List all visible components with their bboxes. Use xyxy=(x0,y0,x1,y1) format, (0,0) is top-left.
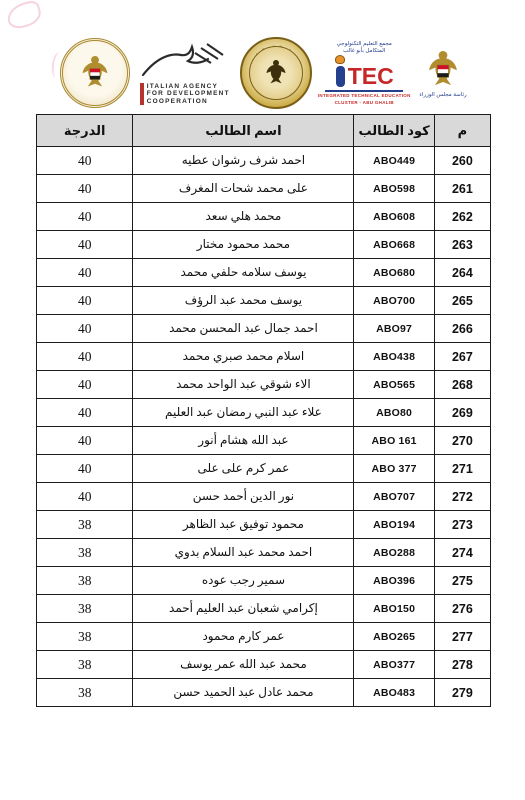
row-number-cell: 276 xyxy=(434,595,490,623)
student-name-cell: محمد محمود مختار xyxy=(133,231,354,259)
table-header-row: م كود الطالب اسم الطالب الدرجة xyxy=(37,115,491,147)
table-row: 271 ABO 377 عمر كرم على على 40 xyxy=(37,455,491,483)
row-number-cell: 272 xyxy=(434,483,490,511)
grade-cell: 40 xyxy=(37,287,133,315)
table-row: 276 ABO150 إكرامي شعبان عبد العليم أحمد … xyxy=(37,595,491,623)
student-code-cell: ABO396 xyxy=(354,567,434,595)
student-name-cell: عمر كارم محمود xyxy=(133,623,354,651)
row-number-cell: 274 xyxy=(434,539,490,567)
table-row: 269 ABO80 علاء عبد النبي رمضان عبد العلي… xyxy=(37,399,491,427)
grade-cell: 40 xyxy=(37,147,133,175)
column-header-number: م xyxy=(434,115,490,147)
table-row: 264 ABO680 يوسف سلامه حلفي محمد 40 xyxy=(37,259,491,287)
seal-inner-ring xyxy=(249,46,303,100)
student-code-cell: ABO449 xyxy=(354,147,434,175)
grade-cell: 40 xyxy=(37,315,133,343)
grade-cell: 40 xyxy=(37,343,133,371)
student-code-cell: ABO194 xyxy=(354,511,434,539)
student-name-cell: احمد محمد عبد السلام بدوي xyxy=(133,539,354,567)
student-name-cell: سمير رجب عوده xyxy=(133,567,354,595)
table-row: 272 ABO707 نور الدين أحمد حسن 40 xyxy=(37,483,491,511)
egypt-eagle-icon xyxy=(424,49,462,91)
italian-agency-logo: ITALIAN AGENCY FOR DEVELOPMENT COOPERATI… xyxy=(137,41,233,106)
grade-cell: 38 xyxy=(37,679,133,707)
egypt-eagle-icon xyxy=(78,54,112,92)
row-number-cell: 269 xyxy=(434,399,490,427)
student-code-cell: ABO598 xyxy=(354,175,434,203)
grade-cell: 38 xyxy=(37,539,133,567)
student-code-cell: ABO97 xyxy=(354,315,434,343)
column-header-grade: الدرجة xyxy=(37,115,133,147)
grade-cell: 40 xyxy=(37,231,133,259)
table-row: 275 ABO396 سمير رجب عوده 38 xyxy=(37,567,491,595)
table-row: 266 ABO97 احمد جمال عبد المحسن محمد 40 xyxy=(37,315,491,343)
itec-acronym: TEC xyxy=(348,63,394,89)
student-table-body: 260 ABO449 احمد شرف رشوان عطيه 40 261 AB… xyxy=(37,147,491,707)
row-number-cell: 271 xyxy=(434,455,490,483)
student-name-cell: نور الدين أحمد حسن xyxy=(133,483,354,511)
student-name-cell: محمود توفيق عبد الظاهر xyxy=(133,511,354,539)
student-code-cell: ABO565 xyxy=(354,371,434,399)
header-logo-strip: ITALIAN AGENCY FOR DEVELOPMENT COOPERATI… xyxy=(0,38,525,108)
itec-subtitle-line2: CLUSTER - ABU GHALIB xyxy=(335,100,394,106)
grade-cell: 38 xyxy=(37,651,133,679)
student-code-cell: ABO707 xyxy=(354,483,434,511)
itec-subtitle-line1: INTEGRATED TECHNICAL EDUCATION xyxy=(318,93,411,99)
student-name-cell: عمر كرم على على xyxy=(133,455,354,483)
student-code-cell: ABO608 xyxy=(354,203,434,231)
table-row: 279 ABO483 محمد عادل عبد الحميد حسن 38 xyxy=(37,679,491,707)
table-row: 268 ABO565 الاء شوقي عبد الواحد محمد 40 xyxy=(37,371,491,399)
student-code-cell: ABO438 xyxy=(354,343,434,371)
student-code-cell: ABO483 xyxy=(354,679,434,707)
grade-cell: 40 xyxy=(37,427,133,455)
student-name-cell: احمد شرف رشوان عطيه xyxy=(133,147,354,175)
student-code-cell: ABO668 xyxy=(354,231,434,259)
student-name-cell: الاء شوقي عبد الواحد محمد xyxy=(133,371,354,399)
itec-logo: مجمع التعليم التكنولوجي المتكامل بأبو غا… xyxy=(318,41,410,105)
student-name-cell: على محمد شحات المغرف xyxy=(133,175,354,203)
itec-arabic-line2: المتكامل بأبو غالب xyxy=(343,48,385,55)
row-number-cell: 279 xyxy=(434,679,490,707)
student-name-cell: محمد عبد الله عمر يوسف xyxy=(133,651,354,679)
student-code-cell: ABO680 xyxy=(354,259,434,287)
row-number-cell: 268 xyxy=(434,371,490,399)
grade-cell: 38 xyxy=(37,567,133,595)
egypt-fund-seal-logo xyxy=(60,38,130,108)
ministry-cooperation-seal-logo: وزارة التعاون الدولى xyxy=(240,37,312,109)
grade-cell: 38 xyxy=(37,623,133,651)
italian-agency-line3: COOPERATION xyxy=(147,98,230,106)
itec-divider xyxy=(325,90,403,92)
student-name-cell: احمد جمال عبد المحسن محمد xyxy=(133,315,354,343)
egypt-eagle-icon xyxy=(263,58,289,88)
column-header-student-code: كود الطالب xyxy=(354,115,434,147)
table-row: 260 ABO449 احمد شرف رشوان عطيه 40 xyxy=(37,147,491,175)
grade-cell: 40 xyxy=(37,399,133,427)
student-name-cell: علاء عبد النبي رمضان عبد العليم xyxy=(133,399,354,427)
row-number-cell: 265 xyxy=(434,287,490,315)
grade-cell: 40 xyxy=(37,203,133,231)
row-number-cell: 261 xyxy=(434,175,490,203)
egypt-presidency-logo: رئاسة مجلس الوزراء xyxy=(417,49,469,98)
grade-cell: 40 xyxy=(37,483,133,511)
student-name-cell: محمد عادل عبد الحميد حسن xyxy=(133,679,354,707)
student-name-cell: اسلام محمد صبري محمد xyxy=(133,343,354,371)
row-number-cell: 277 xyxy=(434,623,490,651)
scanned-document-page: ITALIAN AGENCY FOR DEVELOPMENT COOPERATI… xyxy=(0,0,525,800)
student-code-cell: ABO288 xyxy=(354,539,434,567)
student-code-cell: ABO700 xyxy=(354,287,434,315)
scan-artifact-mark xyxy=(4,0,43,31)
grade-cell: 38 xyxy=(37,511,133,539)
red-bar-decoration xyxy=(140,83,144,106)
student-name-cell: محمد هلي سعد xyxy=(133,203,354,231)
row-number-cell: 262 xyxy=(434,203,490,231)
row-number-cell: 273 xyxy=(434,511,490,539)
grade-cell: 40 xyxy=(37,371,133,399)
table-row: 273 ABO194 محمود توفيق عبد الظاهر 38 xyxy=(37,511,491,539)
row-number-cell: 278 xyxy=(434,651,490,679)
student-name-cell: عبد الله هشام أنور xyxy=(133,427,354,455)
student-name-cell: إكرامي شعبان عبد العليم أحمد xyxy=(133,595,354,623)
student-name-cell: يوسف سلامه حلفي محمد xyxy=(133,259,354,287)
row-number-cell: 270 xyxy=(434,427,490,455)
student-code-cell: ABO377 xyxy=(354,651,434,679)
column-header-student-name: اسم الطالب xyxy=(133,115,354,147)
student-grades-table: م كود الطالب اسم الطالب الدرجة 260 ABO44… xyxy=(36,114,491,707)
italian-agency-line2: FOR DEVELOPMENT xyxy=(147,90,230,98)
table-row: 261 ABO598 على محمد شحات المغرف 40 xyxy=(37,175,491,203)
row-number-cell: 266 xyxy=(434,315,490,343)
table-row: 270 ABO 161 عبد الله هشام أنور 40 xyxy=(37,427,491,455)
table-row: 274 ABO288 احمد محمد عبد السلام بدوي 38 xyxy=(37,539,491,567)
presidency-caption: رئاسة مجلس الوزراء xyxy=(419,92,466,98)
table-row: 267 ABO438 اسلام محمد صبري محمد 40 xyxy=(37,343,491,371)
student-code-cell: ABO 377 xyxy=(354,455,434,483)
row-number-cell: 263 xyxy=(434,231,490,259)
table-row: 265 ABO700 يوسف محمد عبد الرؤف 40 xyxy=(37,287,491,315)
row-number-cell: 267 xyxy=(434,343,490,371)
table-row: 278 ABO377 محمد عبد الله عمر يوسف 38 xyxy=(37,651,491,679)
table-row: 262 ABO608 محمد هلي سعد 40 xyxy=(37,203,491,231)
student-code-cell: ABO 161 xyxy=(354,427,434,455)
grade-cell: 40 xyxy=(37,175,133,203)
grade-cell: 40 xyxy=(37,259,133,287)
grade-cell: 40 xyxy=(37,455,133,483)
row-number-cell: 275 xyxy=(434,567,490,595)
student-code-cell: ABO150 xyxy=(354,595,434,623)
italian-agency-line1: ITALIAN AGENCY xyxy=(147,83,230,91)
student-code-cell: ABO265 xyxy=(354,623,434,651)
grade-cell: 38 xyxy=(37,595,133,623)
row-number-cell: 264 xyxy=(434,259,490,287)
student-code-cell: ABO80 xyxy=(354,399,434,427)
student-name-cell: يوسف محمد عبد الرؤف xyxy=(133,287,354,315)
table-row: 277 ABO265 عمر كارم محمود 38 xyxy=(37,623,491,651)
dove-icon xyxy=(137,41,233,81)
row-number-cell: 260 xyxy=(434,147,490,175)
itec-i-lamp-icon xyxy=(335,55,346,89)
table-row: 263 ABO668 محمد محمود مختار 40 xyxy=(37,231,491,259)
